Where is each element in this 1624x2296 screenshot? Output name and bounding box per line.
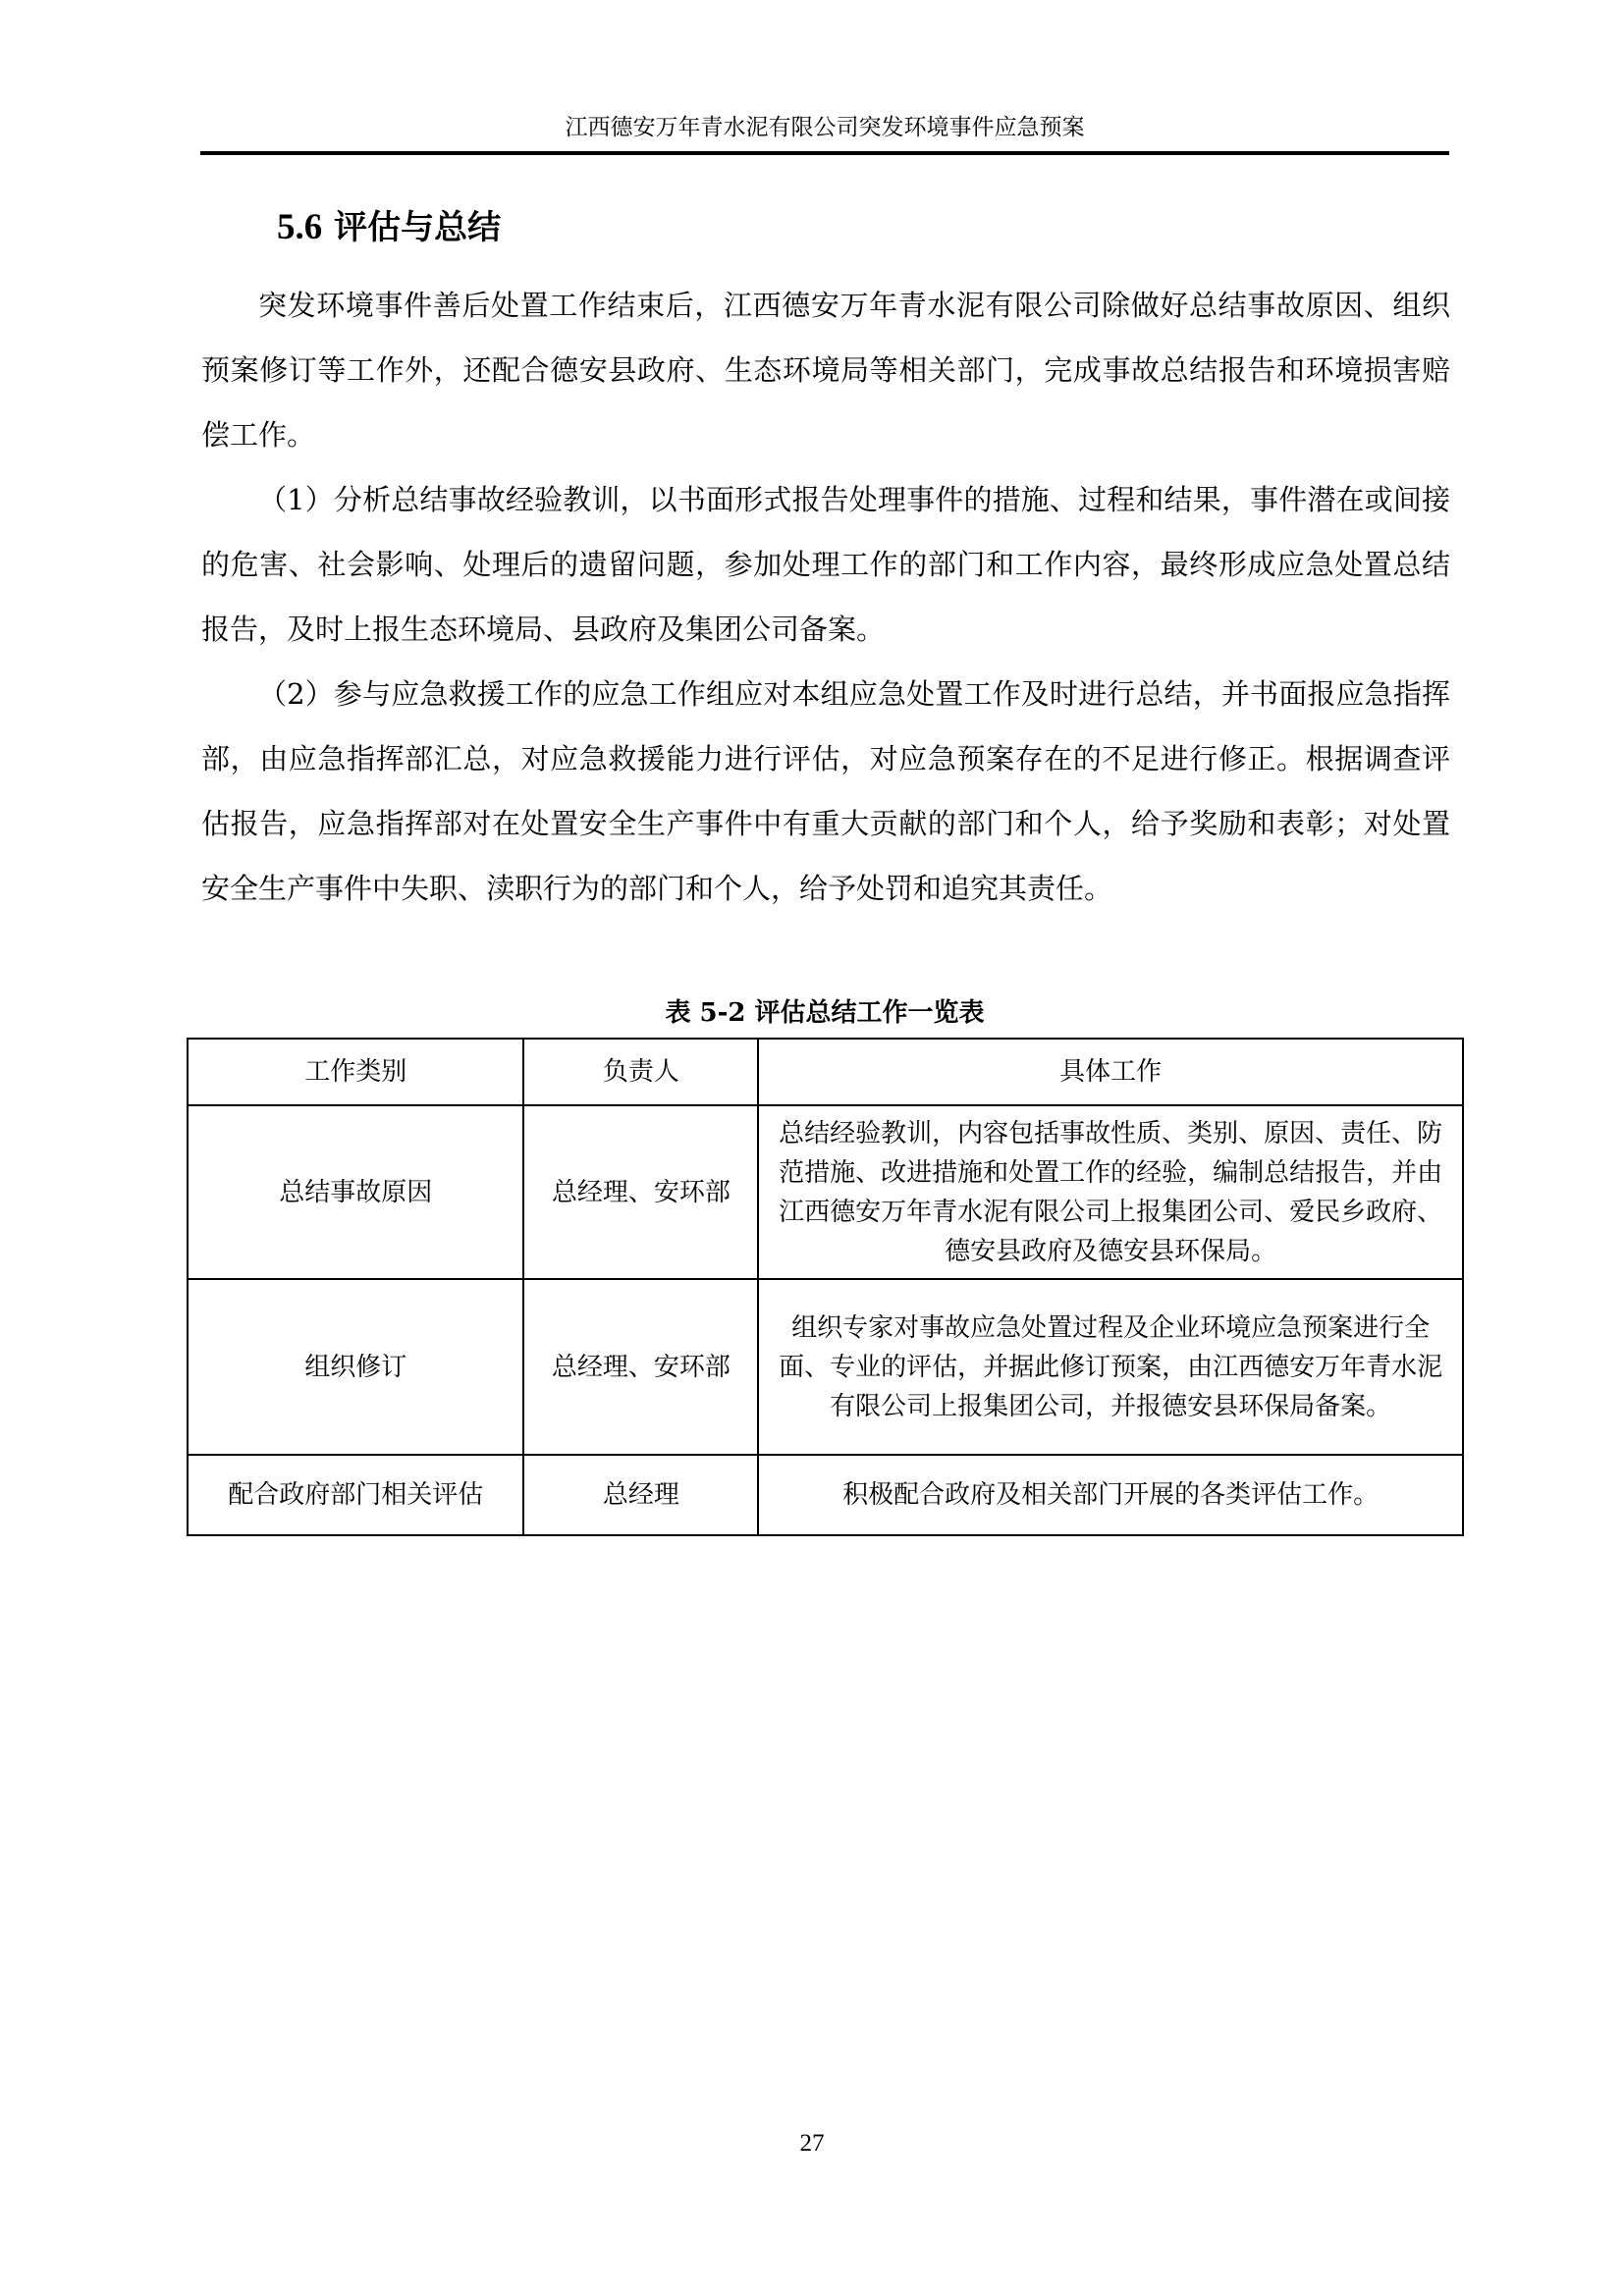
page-header: 江西德安万年青水泥有限公司突发环境事件应急预案 <box>200 108 1449 155</box>
cell-owner: 总经理 <box>523 1455 758 1535</box>
header-owner: 负责人 <box>523 1039 758 1105</box>
cell-detail: 积极配合政府及相关部门开展的各类评估工作。 <box>758 1455 1463 1535</box>
table-row: 组织修订 总经理、安环部 组织专家对事故应急处置过程及企业环境应急预案进行全面、… <box>188 1279 1463 1455</box>
table-row: 配合政府部门相关评估 总经理 积极配合政府及相关部门开展的各类评估工作。 <box>188 1455 1463 1535</box>
cell-detail: 总结经验教训，内容包括事故性质、类别、原因、责任、防范措施、改进措施和处置工作的… <box>758 1105 1463 1279</box>
section-number: 5.6 <box>277 207 322 247</box>
paragraph-item-1: （1）分析总结事故经验教训，以书面形式报告处理事件的措施、过程和结果，事件潜在或… <box>201 467 1450 662</box>
table-caption: 表 5-2 评估总结工作一览表 <box>187 991 1463 1035</box>
table-row: 总结事故原因 总经理、安环部 总结经验教训，内容包括事故性质、类别、原因、责任、… <box>188 1105 1463 1279</box>
paragraph-intro: 突发环境事件善后处置工作结束后，江西德安万年青水泥有限公司除做好总结事故原因、组… <box>201 273 1450 467</box>
cell-owner: 总经理、安环部 <box>523 1105 758 1279</box>
cell-category: 配合政府部门相关评估 <box>188 1455 523 1535</box>
evaluation-summary-table: 工作类别 负责人 具体工作 总结事故原因 总经理、安环部 总结经验教训，内容包括… <box>187 1038 1464 1536</box>
cell-category: 组织修订 <box>188 1279 523 1455</box>
header-category: 工作类别 <box>188 1039 523 1105</box>
section-title: 评估与总结 <box>334 208 501 247</box>
paragraph-item-2: （2）参与应急救援工作的应急工作组应对本组应急处置工作及时进行总结，并书面报应急… <box>201 662 1450 921</box>
document-title: 江西德安万年青水泥有限公司突发环境事件应急预案 <box>566 115 1085 140</box>
header-detail: 具体工作 <box>758 1039 1463 1105</box>
table-header-row: 工作类别 负责人 具体工作 <box>188 1039 1463 1105</box>
page-number: 27 <box>0 2130 1624 2158</box>
cell-category: 总结事故原因 <box>188 1105 523 1279</box>
cell-detail: 组织专家对事故应急处置过程及企业环境应急预案进行全面、专业的评估，并据此修订预案… <box>758 1279 1463 1455</box>
cell-owner: 总经理、安环部 <box>523 1279 758 1455</box>
section-heading: 5.6 评估与总结 <box>277 204 501 251</box>
